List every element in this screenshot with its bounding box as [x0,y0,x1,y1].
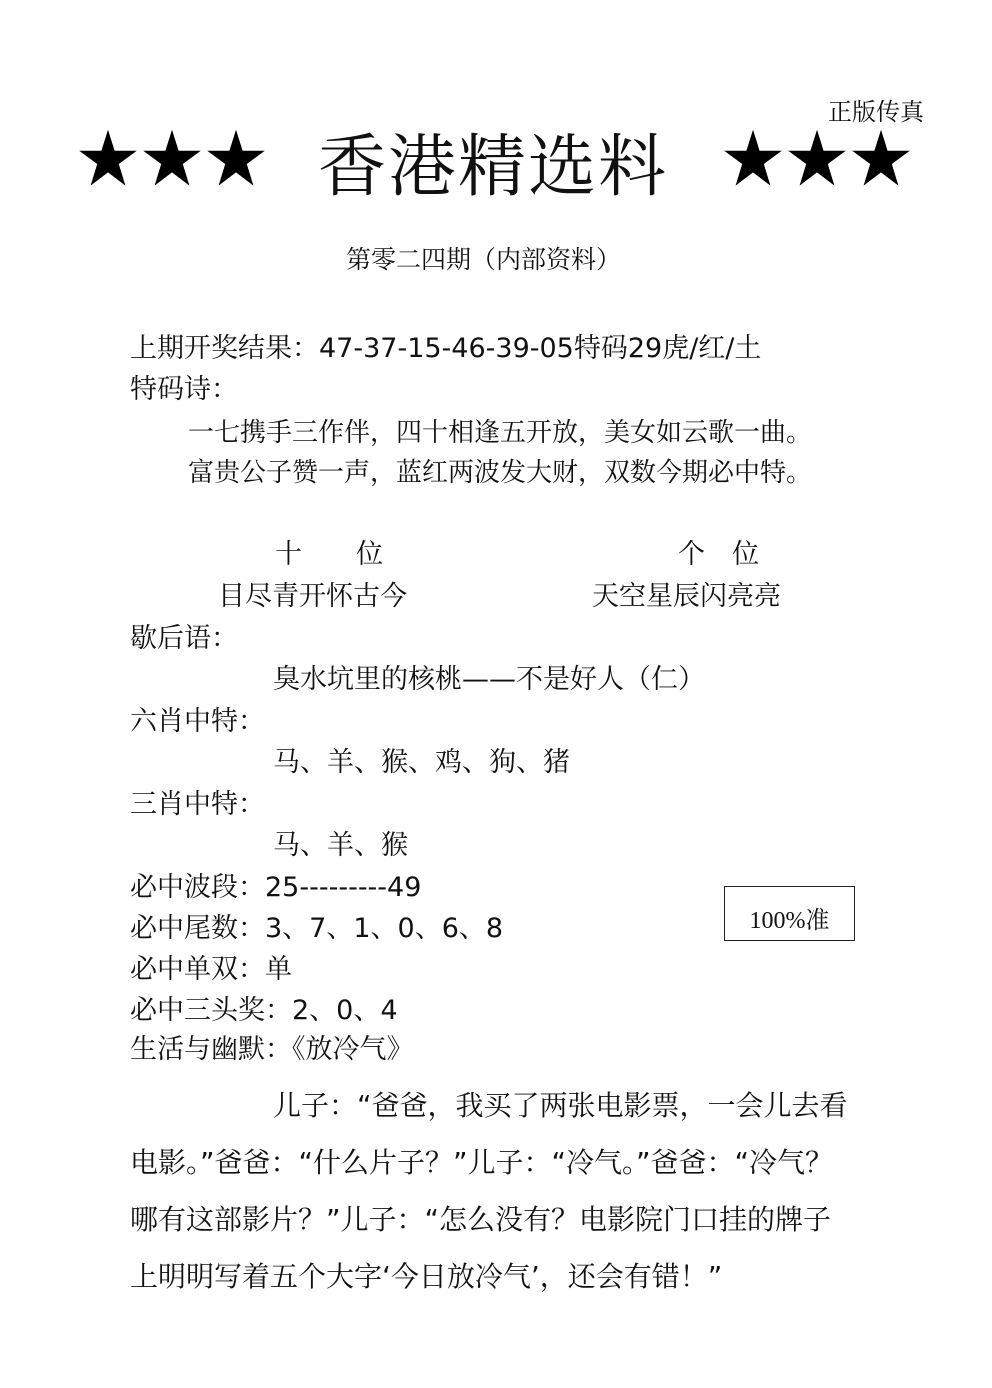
prediction-value: 25---------49 [265,872,421,903]
prediction-label: 必中三头奖： [130,995,292,1026]
poem-label: 特码诗： [130,373,238,407]
xiehouyu-text: 臭水坑里的核桃——不是好人（仁） [273,663,705,697]
prediction-wave-range: 必中波段：25---------49 [130,871,421,905]
humor-section-title: 生活与幽默：《放冷气》 [130,1033,414,1067]
stars-right [723,128,911,188]
story-line: 哪有这部影片？”儿子：“怎么没有？电影院门口挂的牌子 [130,1202,831,1238]
last-results-value: 47-37-15-46-39-05特码29虎/红/土 [319,333,761,364]
page-title: 香港精选料 [318,128,668,208]
units-position-label: 个 位 [678,538,759,572]
prediction-value: 2、0、4 [292,995,398,1026]
story-line: 上明明写着五个大字‘今日放冷气’，还会有错！” [130,1259,722,1295]
tens-position-phrase: 目尽青开怀古今 [218,580,407,614]
prediction-odd-even: 必中单双：单 [130,953,292,987]
star-icon [142,128,202,188]
star-icon [723,128,783,188]
star-icon [787,128,847,188]
prediction-label: 必中单双： [130,954,265,985]
accuracy-badge: 100%准 [724,886,855,941]
prediction-top-three: 必中三头奖：2、0、4 [130,994,398,1028]
story-line: 儿子：“爸爸，我买了两张电影票，一会儿去看 [273,1088,848,1124]
authentic-fax-stamp: 正版传真 [828,92,924,127]
three-zodiac-value: 马、羊、猴 [273,829,408,863]
prediction-value: 《放冷气》 [292,1034,414,1065]
poem-line: 富贵公子赞一声，蓝红两波发大财，双数今期必中特。 [188,456,812,490]
star-icon [206,128,266,188]
xiehouyu-label: 歇后语： [130,622,238,656]
stars-left [78,128,266,188]
prediction-tail-numbers: 必中尾数：3、7、1、0、6、8 [130,912,503,946]
units-position-phrase: 天空星辰闪亮亮 [592,580,781,614]
tens-position-label: 十 位 [275,538,383,572]
six-zodiac-value: 马、羊、猴、鸡、狗、猪 [273,746,570,780]
prediction-value: 3、7、1、0、6、8 [265,913,503,944]
star-icon [78,128,138,188]
last-results: 上期开奖结果：47-37-15-46-39-05特码29虎/红/土 [130,332,761,366]
issue-subtitle: 第零二四期（内部资料） [346,240,621,276]
prediction-label: 必中尾数： [130,913,265,944]
star-icon [851,128,911,188]
prediction-label: 生活与幽默： [130,1034,292,1065]
six-zodiac-label: 六肖中特： [130,705,265,739]
poem-line: 一七携手三作伴，四十相逢五开放，美女如云歌一曲。 [188,416,812,450]
prediction-value: 单 [265,954,292,985]
story-line: 电影。”爸爸：“什么片子？”儿子：“冷气。”爸爸：“冷气？ [130,1145,833,1181]
last-results-label: 上期开奖结果： [130,333,319,364]
three-zodiac-label: 三肖中特： [130,788,265,822]
prediction-label: 必中波段： [130,872,265,903]
